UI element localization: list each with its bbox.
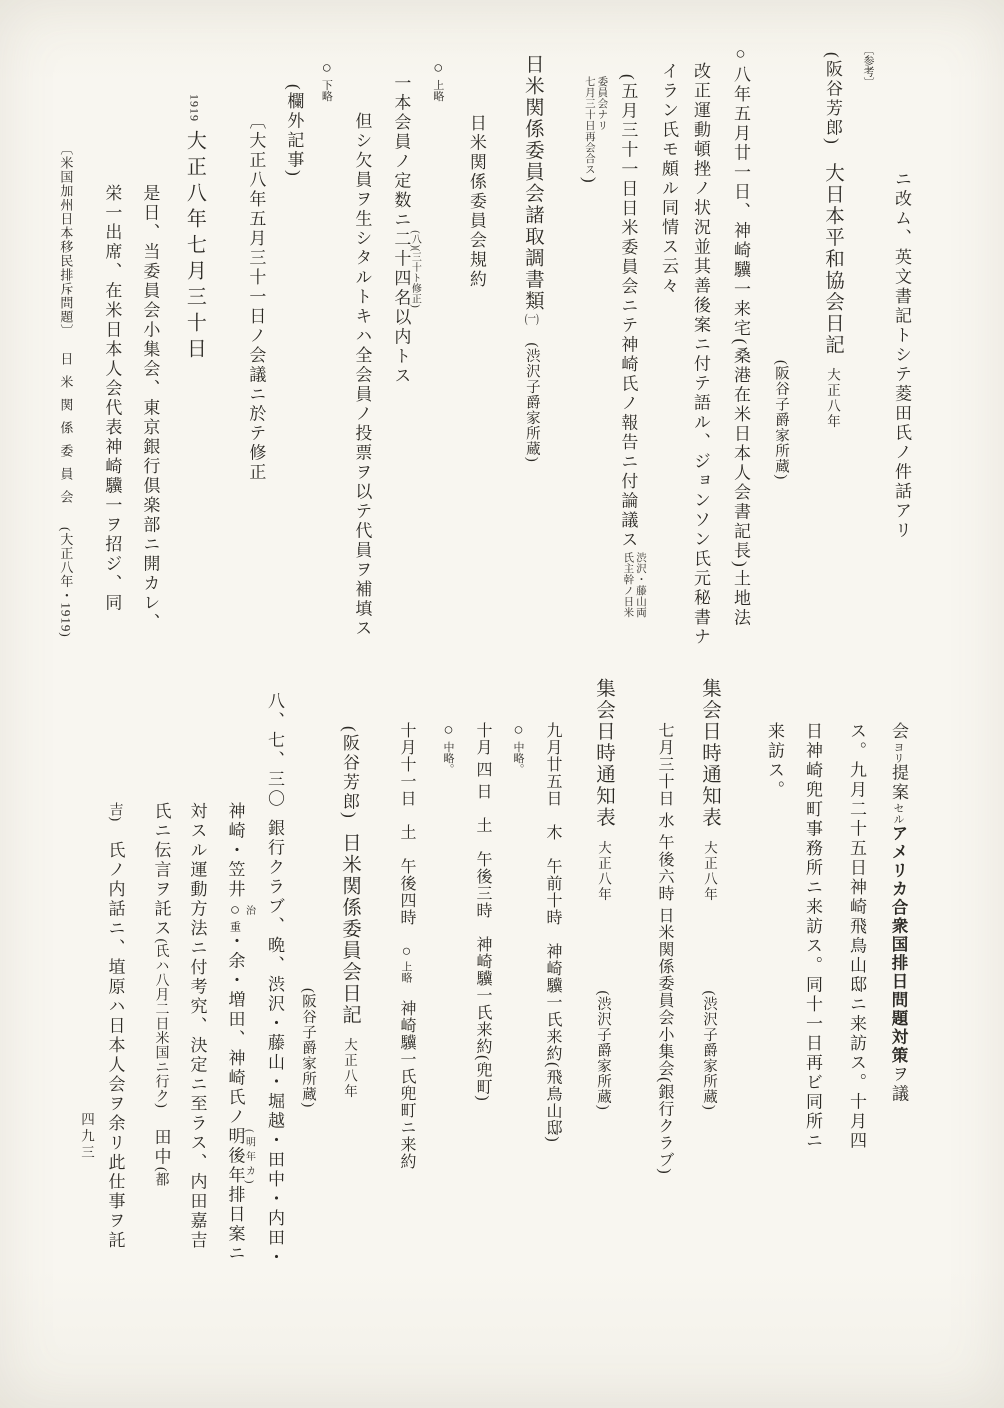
text-segment-title: 日米関係委員会日記 bbox=[339, 832, 360, 1026]
col-joryaku-marker: ○上略 bbox=[428, 42, 448, 652]
text-segment-text: 日米関係委員会規約 bbox=[467, 114, 486, 290]
text-segment-title: 集会日時通知表 bbox=[699, 678, 720, 829]
spacer bbox=[274, 809, 275, 819]
col-b-taisaku-line3: 日神崎兜町事務所ニ来訪ス。同十一日再ビ同所ニ bbox=[794, 676, 830, 1301]
text-segment-text: 十月十一日 土 午後四時 ○ bbox=[398, 722, 415, 961]
text-segment-text: 銀行クラブ、晩、渋沢・藤山・堀越・田中・内田・ bbox=[265, 819, 284, 1268]
col-entry-8-7-30-line3: 対スル運動方法ニ付考究、決定ニ至ラス、内田嘉吉 bbox=[179, 676, 215, 1301]
inline-note: 委員会ナリ七月三十日再会合ス bbox=[582, 76, 607, 175]
col-note-may31-line2: 委員会ナリ七月三十日再会合ス) bbox=[572, 42, 608, 652]
col-geryaku-marker: ○下略 bbox=[316, 42, 336, 652]
side-annotation: ○治 bbox=[226, 900, 245, 922]
text-segment-title: 大日本平和協会日記 bbox=[822, 162, 843, 356]
text-segment-small: 上略 bbox=[432, 80, 444, 102]
text-segment-text: 対スル運動方法ニ付考究、決定ニ至ラス、内田嘉吉 bbox=[188, 802, 207, 1251]
text-segment-text: 提案 bbox=[889, 764, 908, 803]
text-segment-attr: (渋沢子爵家所蔵) bbox=[595, 991, 611, 1111]
col-date-header-jul30: 1919大正八年七月三十日 bbox=[172, 42, 216, 652]
text-segment-text: 以内トス bbox=[391, 308, 410, 386]
text-segment-text: 改正運動頓挫ノ状況並其善後案ニ付テ語ル、ジョンソン氏元秘書ナ bbox=[691, 62, 710, 647]
text-segment-mid: (都 bbox=[154, 1167, 169, 1187]
col-attr-sakatani-archive-2: (阪谷子爵家所蔵) bbox=[292, 676, 324, 1301]
col-churyaku-1: ○中略。 bbox=[508, 676, 528, 1301]
text-segment-small: 上略 bbox=[400, 961, 412, 983]
col-entry-8-7-30-line4: 氏ニ伝言ヲ託ス(氏ハ八月二日米国ニ行ク) 田中(都 bbox=[143, 676, 179, 1301]
col-entry-oct4: 十月 四 日 土 午後三時 神崎驥一氏来約(兜町) bbox=[464, 676, 500, 1301]
text-segment-text: ス。九月二十五日神崎飛鳥山邸ニ来訪ス。十月四 bbox=[847, 722, 866, 1151]
side-annotation: 二十四名(八)(三十ト修正) bbox=[391, 230, 410, 308]
text-segment-text: 排日案ニ bbox=[226, 1186, 245, 1264]
text-segment-text: 九月廿五日 木 午前十時 神崎驥一氏来約(飛鳥山邸) bbox=[544, 722, 561, 1143]
col-title-iinkai-nikki: (阪谷芳郎)日米関係委員会日記大正八年 bbox=[326, 676, 372, 1301]
col-sanko-label: 〔参考〕 bbox=[860, 42, 876, 652]
spacer bbox=[349, 820, 350, 832]
col-b-taisaku-line2: ス。九月二十五日神崎飛鳥山邸ニ来訪ス。十月四 bbox=[838, 676, 874, 1301]
spacer bbox=[603, 829, 604, 841]
text-segment-text: 田中 bbox=[152, 1108, 171, 1167]
col-entry-may21-line3: イラン氏モ頗ル同情ス云々 bbox=[652, 42, 684, 652]
text-segment-bold: アメリカ合衆国排日問題対策 bbox=[889, 825, 907, 1066]
text-segment-subdate: 大正八年 bbox=[342, 1038, 357, 1100]
col-rangai-note: 〔大正八年五月三十一日ノ会議ニ於テ修正 bbox=[238, 42, 272, 652]
text-segment-text: 日神崎兜町事務所ニ来訪ス。同十一日再ビ同所ニ bbox=[803, 722, 822, 1151]
col-continuation-line: ニ改ム、英文書記トシテ菱田氏ノ件話アリ bbox=[884, 42, 918, 652]
text-segment-tcy: (一) bbox=[525, 312, 539, 325]
text-segment-text: 但シ欠員ヲ生シタルトキハ全会員ノ投票ヲ以テ代員ヲ補填ス bbox=[352, 112, 371, 639]
text-segment-footer: (大正八年・1919) bbox=[58, 527, 73, 638]
spacer bbox=[832, 146, 833, 162]
spacer bbox=[709, 829, 710, 841]
text-segment-small: 中略。 bbox=[442, 742, 454, 775]
col-entry-8-7-30-line2: 神崎・笠井○治重・余・増田、神崎氏ノ明後年(明年カ)排日案ニ bbox=[217, 676, 255, 1301]
text-segment-text: (阪谷芳郎) bbox=[823, 52, 842, 146]
col-entry-sep25: 九月廿五日 木 午前十時 神崎驥一氏来約(飛鳥山邸) bbox=[534, 676, 570, 1301]
col-title-torishirabe-shorui: 日米関係委員会諸取調書類(一)(渋沢子爵家所蔵) bbox=[508, 42, 556, 652]
text-segment-date: 大正八年七月三十日 bbox=[183, 130, 205, 364]
text-segment-text: 氏ニ伝言ヲ託ス bbox=[152, 802, 171, 939]
text-segment-subdate: 大正八年 bbox=[596, 841, 611, 903]
text-segment-text: ニ改ム、英文書記トシテ菱田氏ノ件話アリ bbox=[892, 170, 911, 541]
text-segment-text: (欄外記事) bbox=[284, 84, 303, 178]
text-segment-text: ・余・増田、神崎氏ノ bbox=[226, 932, 245, 1127]
spacer bbox=[65, 513, 66, 527]
text-segment-attr: (阪谷子爵家所蔵) bbox=[773, 360, 789, 480]
text-segment-text: 来訪ス。 bbox=[765, 722, 784, 800]
text-segment-text: 栄一出席、在米日本人会代表神崎驥一ヲ招ジ、同 bbox=[102, 184, 121, 613]
col-kiyaku-article: 一本会員ノ定数ニ二十四名(八)(三十ト修正)以内トス bbox=[382, 42, 420, 652]
text-segment-text: 〔大正八年五月三十一日ノ会議ニ於テ修正 bbox=[246, 112, 265, 483]
inline-note: 渋沢・藤山両氏主幹ノ日米 bbox=[621, 552, 646, 618]
text-segment-text: ○八年五月廿一日、神崎驥一来宅(桑港在米日本人会書記長)土地法 bbox=[731, 44, 750, 628]
text-segment-text: (五月三十一日日米委員会ニテ神崎氏ノ報告ニ付論議ス bbox=[618, 74, 637, 550]
text-segment-spread: 日米関係委員会 bbox=[58, 352, 73, 513]
top-section: ニ改ム、英文書記トシテ菱田氏ノ件話アリ〔参考〕(阪谷芳郎)大日本平和協会日記大正… bbox=[50, 42, 918, 652]
text-segment-attr: (渋沢子爵家所蔵) bbox=[524, 343, 540, 463]
text-segment-text: 是日、当委員会小集会、東京銀行倶楽部ニ開カレ、 bbox=[140, 184, 159, 633]
document-page: ニ改ム、英文書記トシテ菱田氏ノ件話アリ〔参考〕(阪谷芳郎)大日本平和協会日記大正… bbox=[0, 0, 1004, 1408]
text-segment-attr: (渋沢子爵家所蔵) bbox=[701, 991, 717, 1111]
col-kiyaku-proviso: 但シ欠員ヲ生シタルトキハ全会員ノ投票ヲ以テ代員ヲ補填ス bbox=[344, 42, 378, 652]
text-segment-attr: (阪谷子爵家所蔵) bbox=[300, 988, 316, 1108]
text-segment-title: 集会日時通知表 bbox=[593, 678, 614, 829]
text-segment-small: 下略 bbox=[320, 80, 332, 102]
text-segment-small: 〔参考〕 bbox=[862, 44, 874, 88]
col-entry-8-7-30-line5: 吉) 氏ノ内話ニ、埴原ハ日本人会ヲ余リ此仕事ヲ託 bbox=[97, 676, 133, 1301]
text-segment-subdate: 大正八年 bbox=[702, 841, 717, 903]
spacer bbox=[65, 338, 66, 352]
col-churyaku-2: ○中略。 bbox=[438, 676, 458, 1301]
text-segment-subdate: 大正八年 bbox=[825, 368, 840, 430]
text-segment-text: 神崎驥一氏兜町ニ来約 bbox=[398, 983, 415, 1170]
col-b-taisaku-line1: 会ヨリ提案セルアメリカ合衆国排日問題対策ヲ議 bbox=[880, 676, 916, 1301]
text-segment-text: ○ bbox=[429, 58, 448, 80]
bottom-section: 会ヨリ提案セルアメリカ合衆国排日問題対策ヲ議ス。九月二十五日神崎飛鳥山邸ニ来訪ス… bbox=[97, 676, 917, 1301]
spacer bbox=[603, 903, 604, 991]
text-segment-text: ○ bbox=[317, 58, 336, 80]
text-segment-text: ○ bbox=[439, 720, 458, 742]
text-segment-text: 十月 四 日 土 午後三時 神崎驥一氏来約(兜町) bbox=[474, 722, 491, 1102]
text-segment-text: 一本会員ノ定数ニ bbox=[391, 74, 410, 230]
text-segment-text: 氏ノ内話ニ、埴原ハ日本人会ヲ余リ此仕事ヲ託 bbox=[106, 822, 125, 1251]
text-segment-text: ヲ議 bbox=[889, 1065, 908, 1104]
spacer bbox=[531, 325, 532, 343]
text-segment-title: 日米関係委員会諸取調書類 bbox=[522, 54, 543, 312]
text-segment-text: 神崎・笠井 bbox=[226, 802, 245, 900]
text-segment-text: (阪谷芳郎) bbox=[340, 726, 359, 820]
text-segment-small: セル bbox=[892, 803, 904, 825]
col-rangai-label: (欄外記事) bbox=[276, 42, 310, 652]
text-segment-mid: 吉) bbox=[108, 802, 123, 822]
col-title-tsuchihyo-1: 集会日時通知表大正八年(渋沢子爵家所蔵) bbox=[686, 676, 732, 1301]
col-entry-may21-line2: 改正運動頓挫ノ状況並其善後案ニ付テ語ル、ジョンソン氏元秘書ナ bbox=[684, 42, 716, 652]
spacer bbox=[349, 1026, 350, 1038]
col-running-footer: 〔米国加州日本移民排斥問題〕日米関係委員会(大正八年・1919) bbox=[50, 42, 80, 652]
text-segment-text: 八、七、三〇 bbox=[265, 692, 284, 809]
text-segment-text: ) bbox=[580, 177, 599, 185]
text-segment-lat: 1919 bbox=[187, 94, 201, 122]
col-entry-may21-line1: ○八年五月廿一日、神崎驥一来宅(桑港在米日本人会書記長)土地法 bbox=[722, 42, 758, 652]
col-title-heiwa-kyokai: (阪谷芳郎)大日本平和協会日記大正八年 bbox=[810, 42, 854, 652]
col-note-may31-line1: (五月三十一日日米委員会ニテ神崎氏ノ報告ニ付論議ス渋沢・藤山両氏主幹ノ日米 bbox=[609, 42, 646, 652]
col-entry-jul30-line1: 是日、当委員会小集会、東京銀行倶楽部ニ開カレ、 bbox=[132, 42, 166, 652]
text-segment-mid: (氏ハ八月二日米国ニ行ク) bbox=[154, 939, 169, 1109]
spacer bbox=[832, 356, 833, 368]
spacer bbox=[709, 903, 710, 991]
col-attr-sakatani-archive: (阪谷子爵家所蔵) bbox=[764, 42, 798, 652]
text-segment-text: イラン氏モ頗ル同情ス云々 bbox=[659, 62, 678, 296]
text-segment-text: ○ bbox=[509, 720, 528, 742]
text-segment-small: 重 bbox=[229, 921, 241, 932]
col-b-taisaku-line4: 来訪ス。 bbox=[756, 676, 792, 1301]
col-entry-8-7-30-line1: 八、七、三〇銀行クラブ、晩、渋沢・藤山・堀越・田中・内田・ bbox=[256, 676, 292, 1301]
text-segment-text: 七月三十日 水 午後六時 日米関係委員会小集会(銀行クラブ) bbox=[656, 722, 673, 1175]
text-segment-footer: 〔米国加州日本移民排斥問題〕 bbox=[58, 142, 73, 338]
side-annotation: 明後年(明年カ) bbox=[226, 1127, 245, 1186]
col-kiyaku-heading: 日米関係委員会規約 bbox=[458, 42, 494, 652]
text-segment-text: 会 bbox=[889, 722, 908, 742]
col-entry-jul30-line2: 栄一出席、在米日本人会代表神崎驥一ヲ招ジ、同 bbox=[94, 42, 128, 652]
col-entry-oct11: 十月十一日 土 午後四時 ○上略 神崎驥一氏兜町ニ来約 bbox=[388, 676, 424, 1301]
text-segment-small: 中略。 bbox=[512, 742, 524, 775]
col-entry-jul30-meeting: 七月三十日 水 午後六時 日米関係委員会小集会(銀行クラブ) bbox=[646, 676, 682, 1301]
spacer bbox=[194, 122, 195, 130]
col-title-tsuchihyo-2: 集会日時通知表大正八年(渋沢子爵家所蔵) bbox=[580, 676, 626, 1301]
page-number: 四九三 bbox=[76, 1112, 96, 1162]
text-segment-small: ヨリ bbox=[892, 742, 904, 764]
